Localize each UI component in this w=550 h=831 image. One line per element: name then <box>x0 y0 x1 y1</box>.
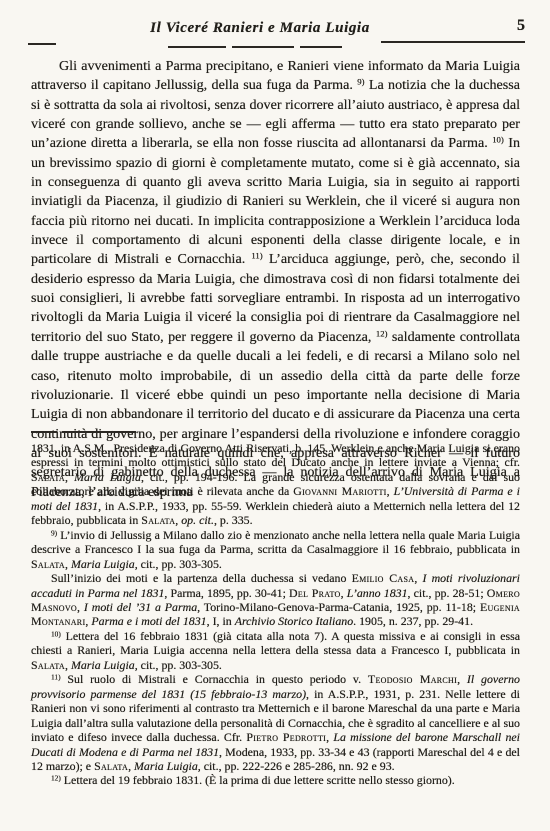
header-rule-right <box>381 41 525 43</box>
main-text: Gli avvenimenti a Parma precipitano, e R… <box>31 57 520 502</box>
footnote-11: 11) Sul ruolo di Mistrali e Cornacchia i… <box>31 672 520 773</box>
page-number: 5 <box>517 17 525 35</box>
footnote-12: 12) Lettera del 19 febbraio 1831. (È la … <box>31 773 520 787</box>
book-page: Il Viceré Ranieri e Maria Luigia 5 Gli a… <box>0 0 550 831</box>
footnotes-block: 1831, in A.S.M., Presidenza di Governo A… <box>31 441 520 788</box>
footnote-separator <box>31 431 57 433</box>
footnote-continuation: 1831, in A.S.M., Presidenza di Governo A… <box>31 441 520 528</box>
footnote-9-bibliography: Sull’inizio dei moti e la partenza della… <box>31 571 520 629</box>
header-rule-left <box>28 43 56 45</box>
footnote-10: 10) Lettera del 16 febbraio 1831 (già ci… <box>31 629 520 672</box>
body-paragraph: Gli avvenimenti a Parma precipitano, e R… <box>31 57 520 502</box>
header-rule-under-title <box>232 46 294 48</box>
header-rule-under-title <box>168 46 226 48</box>
header-rule-under-title <box>300 46 342 48</box>
running-head-title: Il Viceré Ranieri e Maria Luigia <box>0 20 520 37</box>
footnote-separator <box>62 431 136 433</box>
footnote-9: 9) L’invio di Jellussig a Milano dallo z… <box>31 528 520 571</box>
